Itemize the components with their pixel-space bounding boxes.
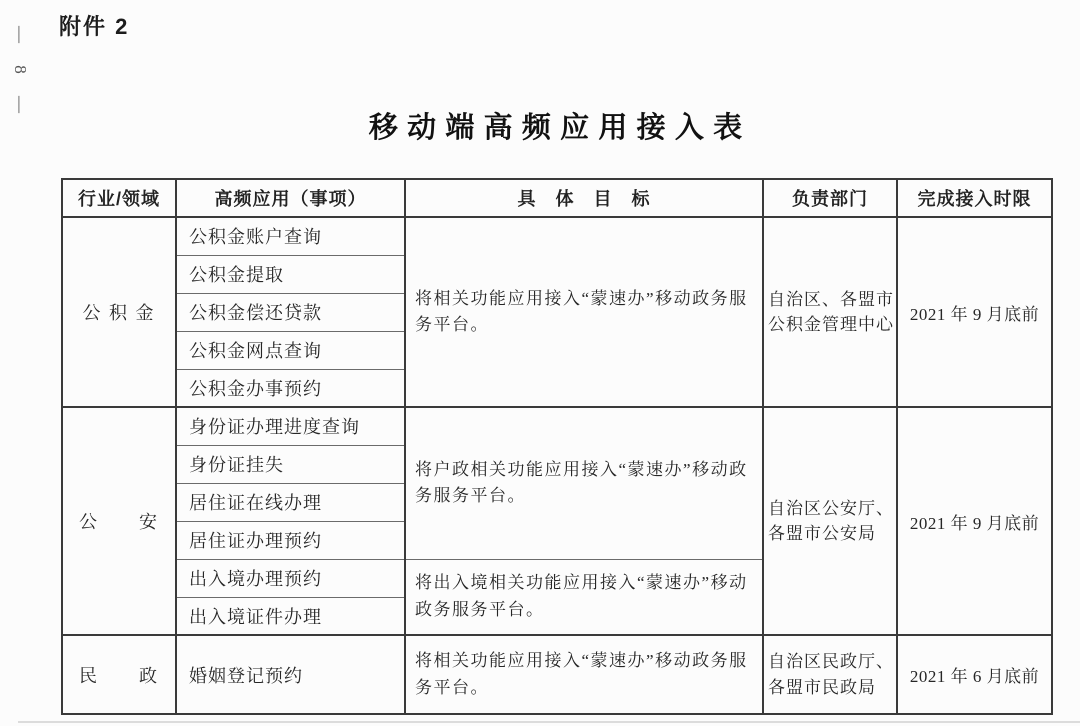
department-cell: 自治区公安厅、各盟市公安局 — [763, 407, 897, 635]
app-cell: 身份证办理进度查询 — [176, 407, 405, 445]
app-cell: 公积金账户查询 — [176, 217, 405, 255]
app-cell: 公积金网点查询 — [176, 331, 405, 369]
industry-cell: 公 安 — [62, 407, 176, 635]
page-number: — 8 — — [10, 26, 30, 122]
header-application: 高频应用（事项） — [176, 179, 405, 217]
table-row: 民 政婚姻登记预约将相关功能应用接入“蒙速办”移动政务服务平台。自治区民政厅、各… — [62, 635, 1052, 714]
page-bottom-rule — [18, 721, 1080, 723]
app-cell: 婚姻登记预约 — [176, 635, 405, 714]
app-cell: 公积金办事预约 — [176, 369, 405, 407]
app-cell: 身份证挂失 — [176, 445, 405, 483]
app-cell: 居住证在线办理 — [176, 483, 405, 521]
header-industry: 行业/领域 — [62, 179, 176, 217]
access-table: 行业/领域 高频应用（事项） 具 体 目 标 负责部门 完成接入时限 公 积 金… — [61, 178, 1053, 715]
goal-cell: 将出入境相关功能应用接入“蒙速办”移动政务服务平台。 — [405, 559, 763, 635]
app-cell: 居住证办理预约 — [176, 521, 405, 559]
app-cell: 出入境证件办理 — [176, 597, 405, 635]
deadline-cell: 2021 年 9 月底前 — [897, 217, 1052, 407]
goal-cell: 将相关功能应用接入“蒙速办”移动政务服务平台。 — [405, 635, 763, 714]
goal-cell: 将相关功能应用接入“蒙速办”移动政务服务平台。 — [405, 217, 763, 407]
table-row: 公 安身份证办理进度查询将户政相关功能应用接入“蒙速办”移动政务服务平台。自治区… — [62, 407, 1052, 445]
page-title: 移 动 端 高 频 应 用 接 入 表 — [61, 105, 1051, 146]
industry-cell: 民 政 — [62, 635, 176, 714]
header-deadline: 完成接入时限 — [897, 179, 1052, 217]
header-department: 负责部门 — [763, 179, 897, 217]
table-body: 公 积 金公积金账户查询将相关功能应用接入“蒙速办”移动政务服务平台。自治区、各… — [62, 217, 1052, 714]
app-cell: 公积金提取 — [176, 255, 405, 293]
department-cell: 自治区、各盟市公积金管理中心 — [763, 217, 897, 407]
header-goal: 具 体 目 标 — [405, 179, 763, 217]
app-cell: 出入境办理预约 — [176, 559, 405, 597]
department-cell: 自治区民政厅、各盟市民政局 — [763, 635, 897, 714]
table-row: 公 积 金公积金账户查询将相关功能应用接入“蒙速办”移动政务服务平台。自治区、各… — [62, 217, 1052, 255]
attachment-label: 附件 2 — [59, 10, 129, 41]
industry-cell: 公 积 金 — [62, 217, 176, 407]
table-header-row: 行业/领域 高频应用（事项） 具 体 目 标 负责部门 完成接入时限 — [62, 179, 1052, 217]
deadline-cell: 2021 年 9 月底前 — [897, 407, 1052, 635]
app-cell: 公积金偿还贷款 — [176, 293, 405, 331]
deadline-cell: 2021 年 6 月底前 — [897, 635, 1052, 714]
goal-cell: 将户政相关功能应用接入“蒙速办”移动政务服务平台。 — [405, 407, 763, 559]
